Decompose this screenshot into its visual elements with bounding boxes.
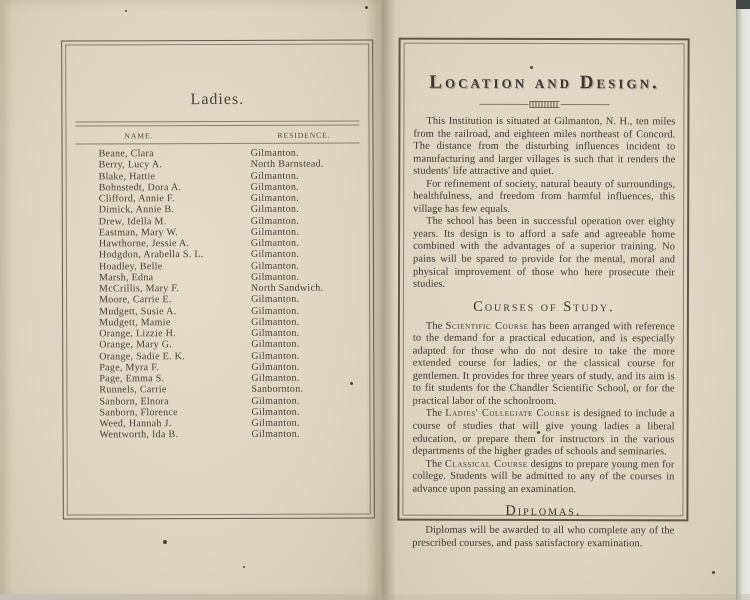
table-row: Wentworth, Ida B.Gilmanton. [68, 429, 370, 441]
right-page-border: Location and Design. This Institution is… [397, 38, 689, 522]
student-residence: Gilmanton. [251, 204, 299, 215]
paragraph: The Scientific Course has been arranged … [413, 320, 675, 409]
student-residence: Gilmanton. [251, 316, 299, 327]
student-residence: Gilmanton. [251, 305, 299, 316]
small-caps-term: Ladies' Collegiate Course [445, 408, 570, 419]
student-residence: Gilmanton. [251, 249, 299, 260]
student-name: Page, Myra F. [99, 362, 159, 373]
page-title-location-and-design: Location and Design. [413, 72, 675, 95]
scan-edge-dark-corner [736, 0, 750, 9]
small-caps-term: Classical Course [445, 458, 528, 469]
student-residence: Gilmanton. [251, 148, 299, 159]
student-residence: Gilmanton. [251, 328, 299, 339]
scan-bottom-edge [0, 594, 750, 600]
student-residence: Gilmanton. [251, 395, 299, 406]
student-residence: Gilmanton. [251, 215, 299, 226]
ladies-list: Ladies. Name. Residence. Beane, ClaraGil… [66, 44, 370, 514]
student-residence: Gilmanton. [251, 271, 299, 282]
student-name: Drew, Idella M. [99, 216, 167, 227]
paragraph: For refinement of society, natural beaut… [413, 178, 675, 216]
student-name: Bohnstedt, Dora A. [99, 182, 182, 194]
student-residence: Gilmanton. [251, 226, 299, 237]
student-name: McCrillis, Mary F. [99, 283, 179, 295]
student-name: Dimick, Annie B. [99, 204, 174, 216]
student-residence: Gilmanton. [251, 361, 299, 372]
student-name: Orange, Mary G. [99, 339, 172, 351]
column-header-name: Name. [124, 131, 153, 140]
student-residence: Gilmanton. [251, 294, 299, 305]
student-name: Orange, Lizzie H. [99, 328, 176, 340]
scan-edge-strip [736, 0, 750, 600]
paragraph: Diplomas will be awarded to all who comp… [412, 525, 674, 551]
sections: Courses of Study.The Scientific Course h… [412, 298, 675, 550]
student-residence: North Sandwich. [251, 283, 323, 295]
paragraph: This Institution is situated at Gilmanto… [413, 116, 675, 179]
student-residence: Gilmanton. [252, 429, 300, 440]
student-name: Orange, Sadie E. K. [99, 351, 185, 363]
student-name: Moore, Carrie E. [99, 294, 172, 306]
book-scan: { "colors": { "paper": "#ded5c1", "ink":… [0, 0, 750, 600]
student-name: Sanborn, Florence [99, 407, 177, 419]
student-residence: Gilmanton. [251, 238, 299, 249]
table-header-row: Name. Residence. [66, 127, 368, 143]
divider-knot-ornament [529, 101, 559, 108]
double-rule [75, 121, 359, 127]
student-name: Mudgett, Susie A. [99, 306, 176, 318]
page-title-ladies: Ladies. [66, 90, 368, 109]
ladies-table-body: Beane, ClaraGilmanton.Berry, Lucy A.Nort… [67, 147, 370, 441]
ornamental-divider [479, 101, 609, 108]
section-heading: Diplomas. [412, 503, 674, 521]
location-and-design-text: Location and Design. This Institution is… [412, 72, 675, 551]
student-residence: Gilmanton. [251, 193, 299, 204]
student-residence: North Barnstead. [251, 159, 324, 171]
student-residence: Gilmanton. [251, 260, 299, 271]
student-name: Page, Emma S. [99, 373, 164, 384]
student-residence: Gilmanton. [251, 418, 299, 429]
student-name: Clifford, Annie F. [99, 193, 175, 205]
student-residence: Gilmanton. [251, 181, 299, 192]
student-residence: Gilmanton. [251, 406, 299, 417]
paragraph: The Classical Course designs to prepare … [412, 458, 674, 496]
student-name: Sanborn, Elnora [99, 396, 169, 407]
small-caps-term: Scientific Course [446, 320, 529, 331]
student-name: Marsh, Edna [99, 272, 153, 283]
student-name: Wentworth, Ida B. [100, 429, 179, 441]
student-name: Beane, Clara [99, 148, 154, 159]
column-header-residence: Residence. [277, 131, 330, 140]
student-name: Hawthorne, Jessie A. [99, 238, 189, 250]
student-residence: Gilmanton. [251, 373, 299, 384]
student-name: Berry, Lucy A. [99, 159, 163, 170]
student-residence: Gilmanton. [251, 170, 299, 181]
left-page-border: Ladies. Name. Residence. Beane, ClaraGil… [61, 39, 375, 519]
student-residence: Sanbornton. [251, 384, 303, 395]
student-residence: Gilmanton. [251, 350, 299, 361]
student-name: Runnels, Carrie [99, 384, 166, 395]
student-name: Hoadley, Belle [99, 261, 163, 272]
paragraph: The school has been in successful operat… [413, 216, 675, 292]
left-page: Ladies. Name. Residence. Beane, ClaraGil… [0, 0, 378, 600]
intro-paragraphs: This Institution is situated at Gilmanto… [413, 116, 675, 292]
student-name: Blake, Hattie [99, 171, 156, 182]
student-name: Weed, Hannah J. [99, 418, 171, 430]
student-name: Eastman, Mary W. [99, 227, 178, 239]
right-page: Location and Design. This Institution is… [378, 0, 736, 600]
student-name: Hodgdon, Arabella S. L. [99, 249, 204, 261]
student-residence: Gilmanton. [251, 339, 299, 350]
student-name: Mudgett, Mamie [99, 317, 170, 328]
section-heading: Courses of Study. [413, 298, 675, 316]
paragraph: The Ladies' Collegiate Course is designe… [413, 408, 675, 459]
